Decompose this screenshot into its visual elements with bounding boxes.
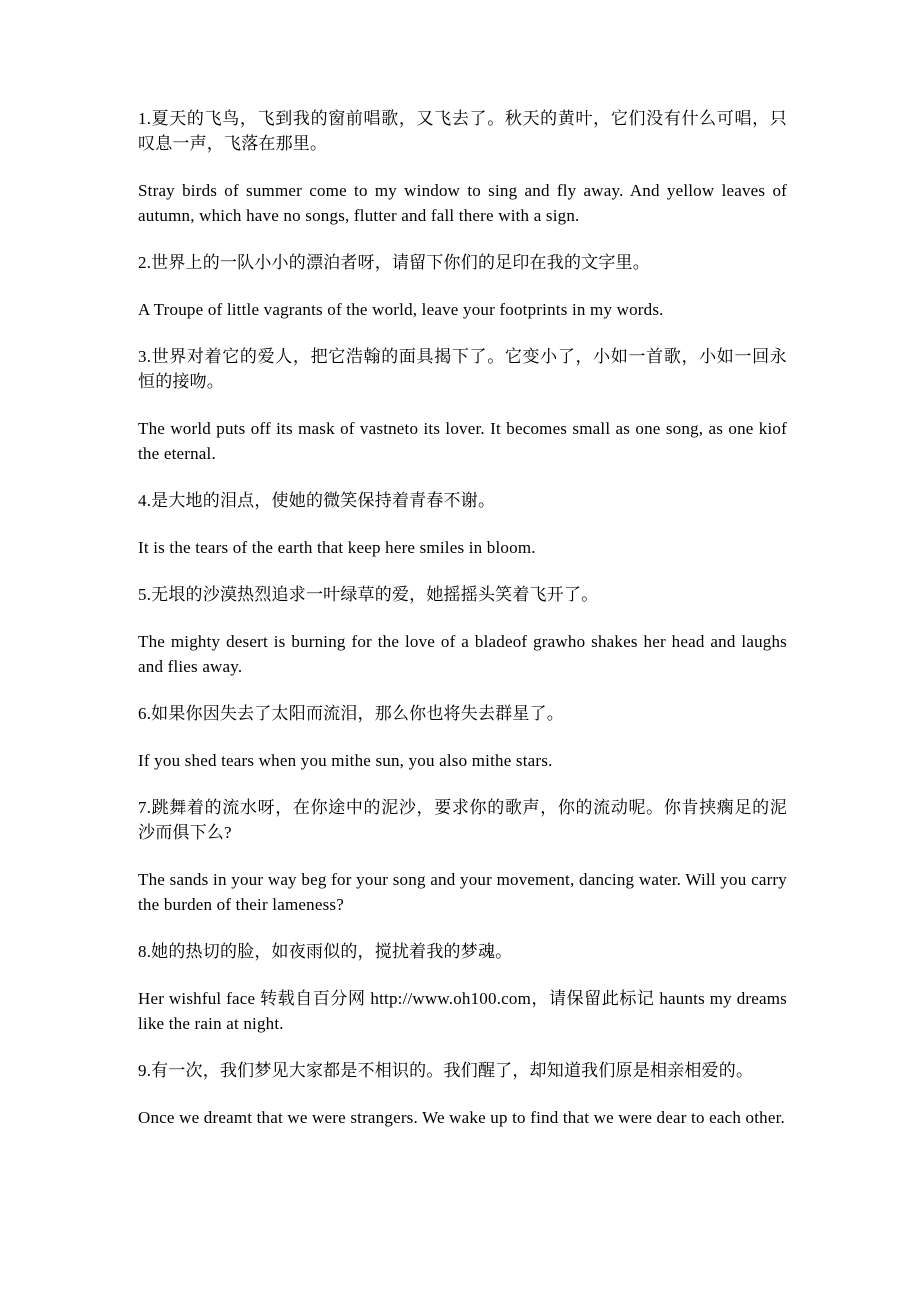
poem-en-paragraph: The mighty desert is burning for the lov… bbox=[138, 629, 787, 679]
poem-en-paragraph: The sands in your way beg for your song … bbox=[138, 867, 787, 917]
poem-cn-paragraph: 9.有一次，我们梦见大家都是不相识的。我们醒了，却知道我们原是相亲相爱的。 bbox=[138, 1058, 787, 1083]
poem-cn-paragraph: 1.夏天的飞鸟，飞到我的窗前唱歌，又飞去了。秋天的黄叶，它们没有什么可唱，只叹息… bbox=[138, 106, 787, 156]
poem-entry: 9.有一次，我们梦见大家都是不相识的。我们醒了，却知道我们原是相亲相爱的。 On… bbox=[138, 1058, 787, 1130]
poem-cn-paragraph: 6.如果你因失去了太阳而流泪，那么你也将失去群星了。 bbox=[138, 701, 787, 726]
poem-entry: 1.夏天的飞鸟，飞到我的窗前唱歌，又飞去了。秋天的黄叶，它们没有什么可唱，只叹息… bbox=[138, 106, 787, 228]
poem-en-paragraph: Once we dreamt that we were strangers. W… bbox=[138, 1105, 787, 1130]
poem-en-paragraph: Stray birds of summer come to my window … bbox=[138, 178, 787, 228]
document-page: 1.夏天的飞鸟，飞到我的窗前唱歌，又飞去了。秋天的黄叶，它们没有什么可唱，只叹息… bbox=[0, 0, 920, 1302]
poem-cn-paragraph: 8.她的热切的脸，如夜雨似的，搅扰着我的梦魂。 bbox=[138, 939, 787, 964]
poem-cn-paragraph: 7.跳舞着的流水呀，在你途中的泥沙，要求你的歌声，你的流动呢。你肯挟瘸足的泥沙而… bbox=[138, 795, 787, 845]
poem-entry: 5.无垠的沙漠热烈追求一叶绿草的爱，她摇摇头笑着飞开了。 The mighty … bbox=[138, 582, 787, 679]
poem-entry: 7.跳舞着的流水呀，在你途中的泥沙，要求你的歌声，你的流动呢。你肯挟瘸足的泥沙而… bbox=[138, 795, 787, 917]
poem-cn-paragraph: 2.世界上的一队小小的漂泊者呀，请留下你们的足印在我的文字里。 bbox=[138, 250, 787, 275]
poem-entry: 3.世界对着它的爱人，把它浩翰的面具揭下了。它变小了，小如一首歌，小如一回永恒的… bbox=[138, 344, 787, 466]
poem-cn-paragraph: 5.无垠的沙漠热烈追求一叶绿草的爱，她摇摇头笑着飞开了。 bbox=[138, 582, 787, 607]
poem-entry: 6.如果你因失去了太阳而流泪，那么你也将失去群星了。 If you shed t… bbox=[138, 701, 787, 773]
poem-cn-paragraph: 4.是大地的泪点，使她的微笑保持着青春不谢。 bbox=[138, 488, 787, 513]
poem-entry: 4.是大地的泪点，使她的微笑保持着青春不谢。 It is the tears o… bbox=[138, 488, 787, 560]
poem-en-paragraph: A Troupe of little vagrants of the world… bbox=[138, 297, 787, 322]
poem-en-paragraph: If you shed tears when you mithe sun, yo… bbox=[138, 748, 787, 773]
poem-en-paragraph: The world puts off its mask of vastneto … bbox=[138, 416, 787, 466]
poem-cn-paragraph: 3.世界对着它的爱人，把它浩翰的面具揭下了。它变小了，小如一首歌，小如一回永恒的… bbox=[138, 344, 787, 394]
poem-en-paragraph: It is the tears of the earth that keep h… bbox=[138, 535, 787, 560]
poem-entry: 2.世界上的一队小小的漂泊者呀，请留下你们的足印在我的文字里。 A Troupe… bbox=[138, 250, 787, 322]
poem-en-paragraph: Her wishful face 转载自百分网 http://www.oh100… bbox=[138, 986, 787, 1036]
poem-entry: 8.她的热切的脸，如夜雨似的，搅扰着我的梦魂。 Her wishful face… bbox=[138, 939, 787, 1036]
